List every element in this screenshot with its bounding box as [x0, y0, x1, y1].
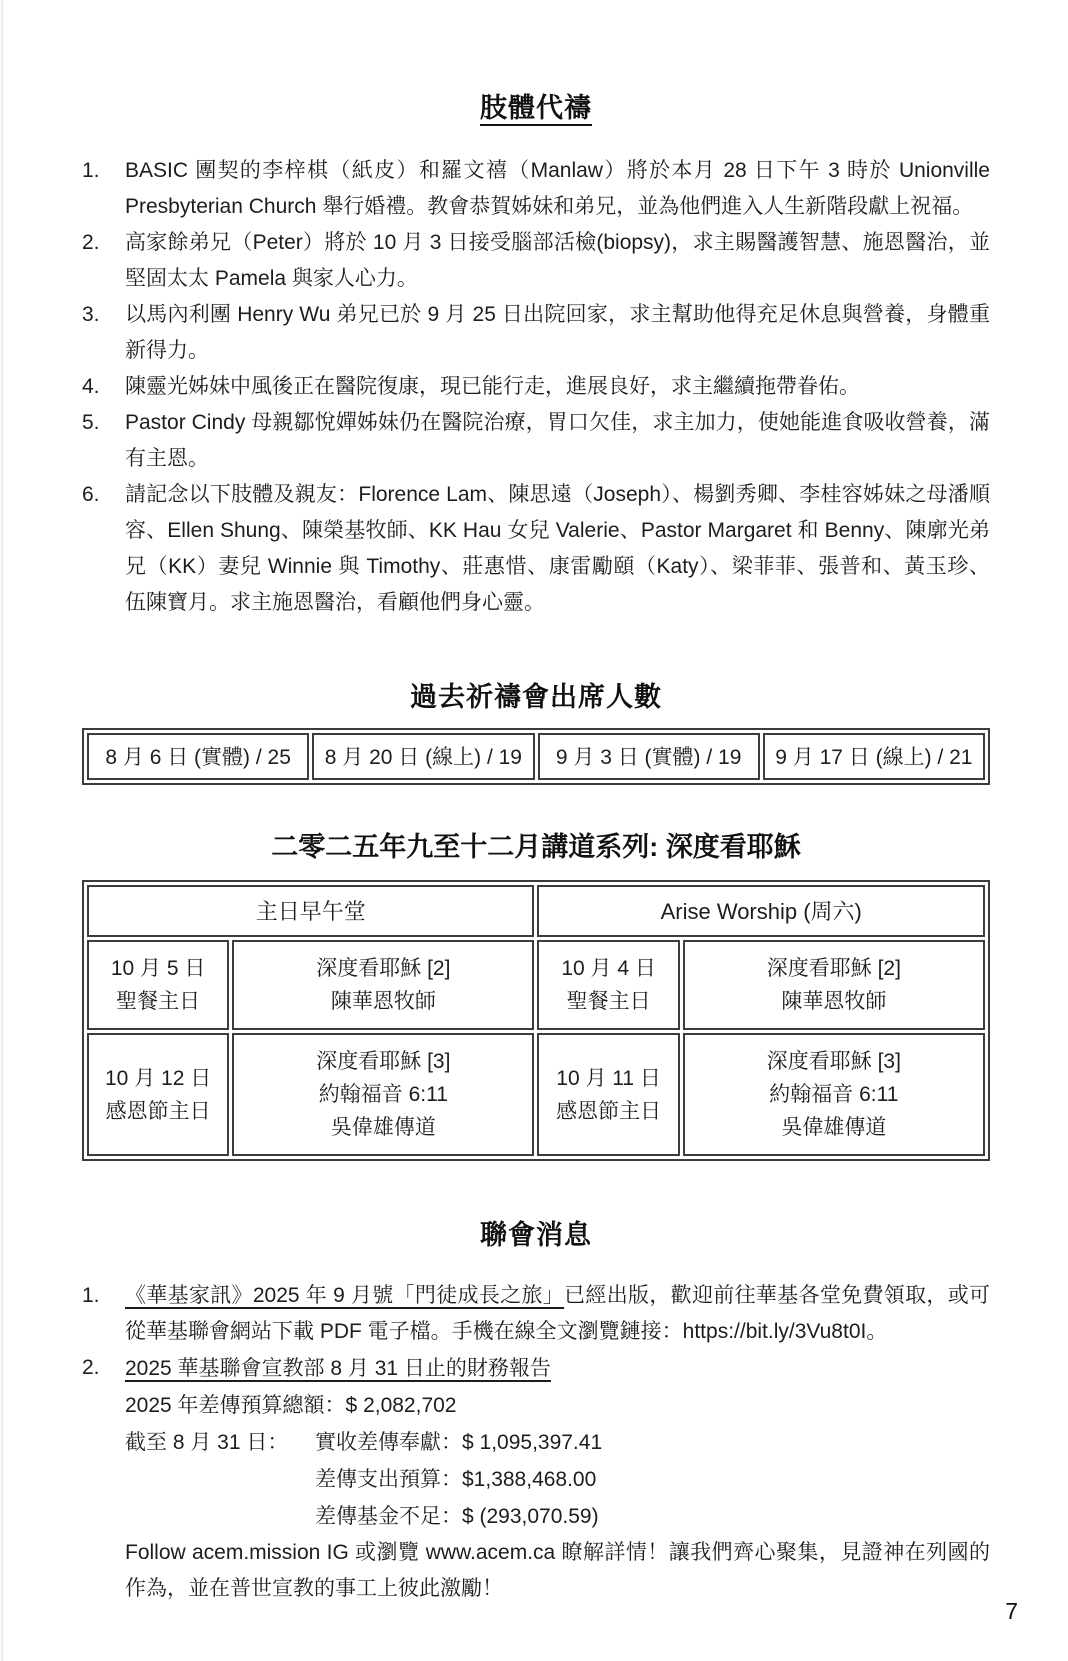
sermon-header-row: 主日早午堂 Arise Worship (周六)	[87, 885, 985, 937]
prayer-item-4: 4. 陳靈光姊妹中風後正在醫院復康，現已能行走，進展良好，求主繼續拖帶眷佑。	[82, 369, 990, 405]
prayer-item-text: 請記念以下肢體及親友：Florence Lam、陳思遠（Joseph）、楊劉秀卿…	[125, 477, 990, 621]
item-number: 5.	[82, 405, 125, 477]
page-edge-line	[1, 0, 3, 1661]
prayer-section-title: 肢體代禱	[82, 86, 990, 125]
bulletin-page: 肢體代禱 1. BASIC 團契的李梓棋（紙皮）和羅文禧（Manlaw）將於本月…	[0, 0, 1068, 1607]
attendance-section-title: 過去祈禱會出席人數	[82, 675, 990, 714]
news-list: 1. 《華基家訊》2025 年 9 月號「門徒成長之旅」已經出版，歡迎前往華基各…	[82, 1278, 990, 1607]
finance-asof-label: 截至 8 月 31 日：	[125, 1424, 315, 1535]
finance-expense-line: 差傳支出預算：$1,388,468.00	[315, 1461, 990, 1498]
item-number: 4.	[82, 369, 125, 405]
sermon-sunday-date: 10 月 5 日 聖餐主日	[87, 940, 229, 1030]
sermon-header-saturday: Arise Worship (周六)	[537, 885, 985, 937]
sermon-section-title: 二零二五年九至十二月講道系列: 深度看耶穌	[82, 825, 990, 864]
sermon-saturday-detail: 深度看耶穌 [2] 陳華恩牧師	[683, 940, 985, 1030]
prayer-section: 肢體代禱 1. BASIC 團契的李梓棋（紙皮）和羅文禧（Manlaw）將於本月…	[82, 86, 990, 621]
sermon-sunday-detail: 深度看耶穌 [2] 陳華恩牧師	[232, 940, 534, 1030]
news-section-title: 聯會消息	[82, 1213, 990, 1252]
attendance-cell: 9 月 17 日 (線上) / 21	[763, 733, 985, 780]
finance-asof-grid: 截至 8 月 31 日： 實收差傳奉獻：$ 1,095,397.41 差傳支出預…	[125, 1424, 990, 1535]
prayer-item-text: Pastor Cindy 母親鄒悅嬋姊妹仍在醫院治療，胃口欠佳，求主加力，使她能…	[125, 405, 990, 477]
item-number: 1.	[82, 153, 125, 225]
prayer-item-6: 6. 請記念以下肢體及親友：Florence Lam、陳思遠（Joseph）、楊…	[82, 477, 990, 621]
news-item-2: 2. 2025 華基聯會宣教部 8 月 31 日止的財務報告 2025 年差傳預…	[82, 1350, 990, 1607]
item-number: 6.	[82, 477, 125, 621]
sermon-section: 二零二五年九至十二月講道系列: 深度看耶穌 主日早午堂 Arise Worshi…	[82, 825, 990, 1161]
prayer-item-text: 以馬內利團 Henry Wu 弟兄已於 9 月 25 日出院回家，求主幫助他得充…	[125, 297, 990, 369]
sermon-saturday-date: 10 月 4 日 聖餐主日	[537, 940, 679, 1030]
prayer-item-text: 高家餘弟兄（Peter）將於 10 月 3 日接受腦部活檢(biopsy)，求主…	[125, 225, 990, 297]
attendance-section: 過去祈禱會出席人數 8 月 6 日 (實體) / 25 8 月 20 日 (線上…	[82, 675, 990, 785]
finance-values: 實收差傳奉獻：$ 1,095,397.41 差傳支出預算：$1,388,468.…	[315, 1424, 990, 1535]
prayer-item-1: 1. BASIC 團契的李梓棋（紙皮）和羅文禧（Manlaw）將於本月 28 日…	[82, 153, 990, 225]
news-section: 聯會消息 1. 《華基家訊》2025 年 9 月號「門徒成長之旅」已經出版，歡迎…	[82, 1213, 990, 1607]
sermon-saturday-detail: 深度看耶穌 [3] 約翰福音 6:11 吳偉雄傳道	[683, 1033, 985, 1156]
prayer-item-5: 5. Pastor Cindy 母親鄒悅嬋姊妹仍在醫院治療，胃口欠佳，求主加力，…	[82, 405, 990, 477]
sermon-saturday-date: 10 月 11 日 感恩節主日	[537, 1033, 679, 1156]
acem-website-link[interactable]: www.acem.ca	[426, 1541, 556, 1564]
news-item-body-end: 。	[866, 1320, 887, 1343]
attendance-cell: 9 月 3 日 (實體) / 19	[538, 733, 760, 780]
item-number: 1.	[82, 1278, 125, 1350]
finance-received-line: 實收差傳奉獻：$ 1,095,397.41	[315, 1424, 990, 1461]
prayer-item-text: BASIC 團契的李梓棋（紙皮）和羅文禧（Manlaw）將於本月 28 日下午 …	[125, 153, 990, 225]
attendance-cell: 8 月 6 日 (實體) / 25	[87, 733, 309, 780]
news-item-1: 1. 《華基家訊》2025 年 9 月號「門徒成長之旅」已經出版，歡迎前往華基各…	[82, 1278, 990, 1350]
newsletter-pdf-link[interactable]: https://bit.ly/3Vu8t0I	[683, 1320, 867, 1343]
sermon-row: 10 月 5 日 聖餐主日 深度看耶穌 [2] 陳華恩牧師 10 月 4 日 聖…	[87, 940, 985, 1030]
finance-budget-line: 2025 年差傳預算總額：$ 2,082,702	[125, 1387, 990, 1424]
attendance-table: 8 月 6 日 (實體) / 25 8 月 20 日 (線上) / 19 9 月…	[82, 728, 990, 785]
prayer-item-2: 2. 高家餘弟兄（Peter）將於 10 月 3 日接受腦部活檢(biopsy)…	[82, 225, 990, 297]
newsletter-title-underlined: 《華基家訊》2025 年 9 月號「門徒成長之旅」	[125, 1284, 564, 1307]
finance-deficit-line: 差傳基金不足：$ (293,070.59)	[315, 1498, 990, 1535]
finance-report-heading: 2025 華基聯會宣教部 8 月 31 日止的財務報告	[125, 1350, 990, 1387]
sermon-header-sunday: 主日早午堂	[87, 885, 534, 937]
prayer-item-text: 陳靈光姊妹中風後正在醫院復康，現已能行走，進展良好，求主繼續拖帶眷佑。	[125, 369, 990, 405]
prayer-list: 1. BASIC 團契的李梓棋（紙皮）和羅文禧（Manlaw）將於本月 28 日…	[82, 153, 990, 621]
sermon-table: 主日早午堂 Arise Worship (周六) 10 月 5 日 聖餐主日 深…	[82, 880, 990, 1161]
page-number: 7	[1005, 1598, 1018, 1625]
item-number: 2.	[82, 1350, 125, 1607]
attendance-cell: 8 月 20 日 (線上) / 19	[312, 733, 534, 780]
sermon-sunday-detail: 深度看耶穌 [3] 約翰福音 6:11 吳偉雄傳道	[232, 1033, 534, 1156]
sermon-sunday-date: 10 月 12 日 感恩節主日	[87, 1033, 229, 1156]
item-number: 2.	[82, 225, 125, 297]
finance-footer-text: Follow acem.mission IG 或瀏覽 www.acem.ca 瞭…	[125, 1535, 990, 1607]
sermon-row: 10 月 12 日 感恩節主日 深度看耶穌 [3] 約翰福音 6:11 吳偉雄傳…	[87, 1033, 985, 1156]
prayer-item-3: 3. 以馬內利團 Henry Wu 弟兄已於 9 月 25 日出院回家，求主幫助…	[82, 297, 990, 369]
item-number: 3.	[82, 297, 125, 369]
news-item-text: 《華基家訊》2025 年 9 月號「門徒成長之旅」已經出版，歡迎前往華基各堂免費…	[125, 1278, 990, 1350]
finance-report-block: 2025 華基聯會宣教部 8 月 31 日止的財務報告 2025 年差傳預算總額…	[125, 1350, 990, 1607]
